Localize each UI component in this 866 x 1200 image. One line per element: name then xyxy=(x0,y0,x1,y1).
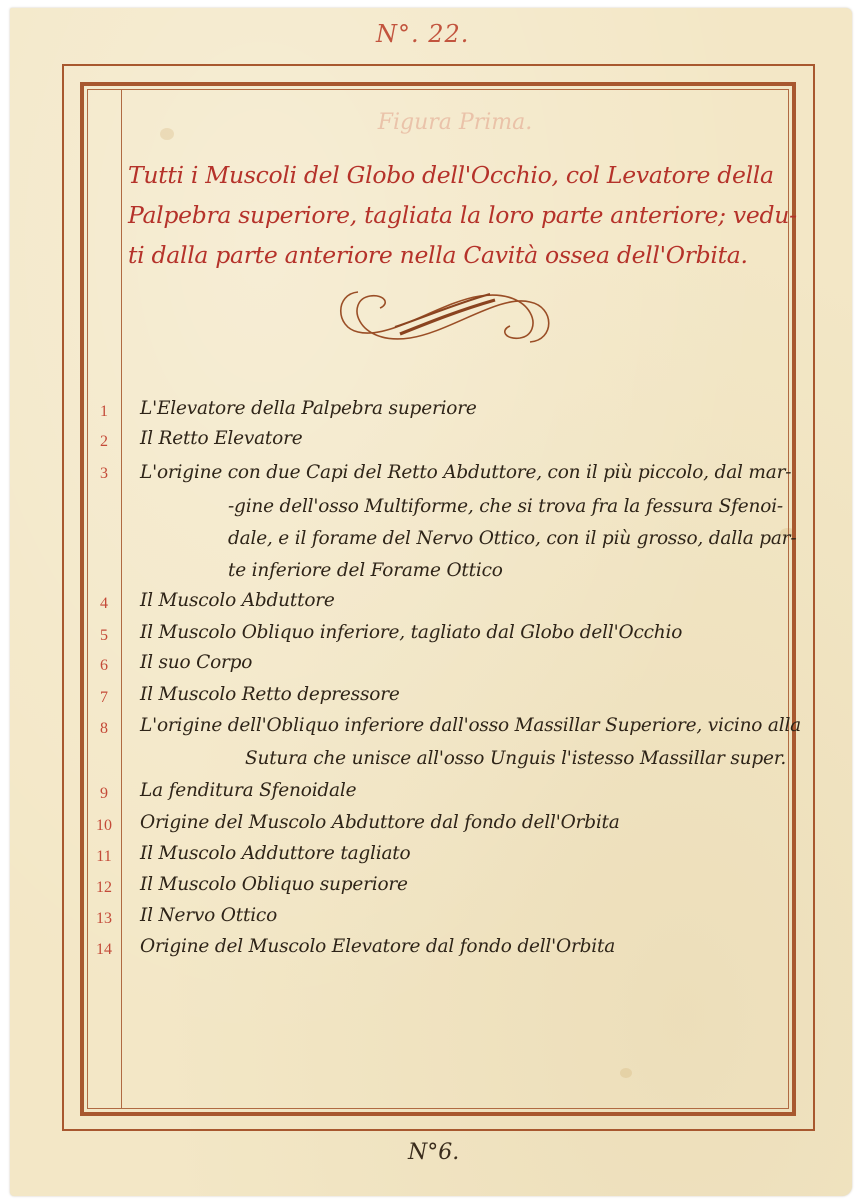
plate-number: N°. 22. xyxy=(376,20,469,48)
legend-text-continued: te inferiore del Forame Ottico xyxy=(228,560,503,581)
legend-number: 2 xyxy=(90,433,118,451)
legend-number: 3 xyxy=(90,465,118,483)
legend-number: 4 xyxy=(90,595,118,613)
calligraphic-flourish-icon xyxy=(330,282,560,352)
legend-text: Il Muscolo Obliquo inferiore, tagliato d… xyxy=(140,622,682,643)
legend-text: Il Muscolo Retto depressore xyxy=(140,684,400,705)
legend-number: 14 xyxy=(90,941,118,959)
legend-number: 5 xyxy=(90,627,118,645)
legend-number: 1 xyxy=(90,403,118,421)
legend-number: 7 xyxy=(90,689,118,707)
legend-text: Il Muscolo Obliquo superiore xyxy=(140,874,408,895)
title-line: Palpebra superiore, tagliata la loro par… xyxy=(128,195,778,235)
legend-number: 8 xyxy=(90,720,118,738)
legend-number: 12 xyxy=(90,879,118,897)
legend-text: Il Nervo Ottico xyxy=(140,905,277,926)
legend-number: 9 xyxy=(90,785,118,803)
legend-text: Origine del Muscolo Abduttore dal fondo … xyxy=(140,812,620,833)
legend-text: Il Muscolo Abduttore xyxy=(140,590,335,611)
legend-text: L'origine con due Capi del Retto Abdutto… xyxy=(140,462,791,483)
legend-text: Il Muscolo Adduttore tagliato xyxy=(140,843,410,864)
legend-text: La fenditura Sfenoidale xyxy=(140,780,356,801)
footer-number: N°6. xyxy=(408,1140,459,1165)
legend-text: Origine del Muscolo Elevatore dal fondo … xyxy=(140,936,615,957)
legend-text-continued: -gine dell'osso Multiforme, che si trova… xyxy=(228,496,783,517)
legend-text-continued: Sutura che unisce all'osso Unguis l'iste… xyxy=(245,748,786,769)
legend-number: 13 xyxy=(90,910,118,928)
legend-text: L'origine dell'Obliquo inferiore dall'os… xyxy=(140,715,801,736)
legend-text: L'Elevatore della Palpebra superiore xyxy=(140,398,477,419)
margin-rule xyxy=(121,89,122,1109)
legend-text: Il Retto Elevatore xyxy=(140,428,303,449)
legend-text-continued: dale, e il forame del Nervo Ottico, con … xyxy=(228,528,796,549)
figure-heading: Figura Prima. xyxy=(360,110,550,135)
title-line: Tutti i Muscoli del Globo dell'Occhio, c… xyxy=(128,155,778,195)
legend-number: 6 xyxy=(90,657,118,675)
legend-text: Il suo Corpo xyxy=(140,652,252,673)
plate-title: Tutti i Muscoli del Globo dell'Occhio, c… xyxy=(128,155,778,275)
legend-number: 10 xyxy=(90,817,118,835)
title-line: ti dalla parte anteriore nella Cavità os… xyxy=(128,235,778,275)
legend-number: 11 xyxy=(90,848,118,866)
